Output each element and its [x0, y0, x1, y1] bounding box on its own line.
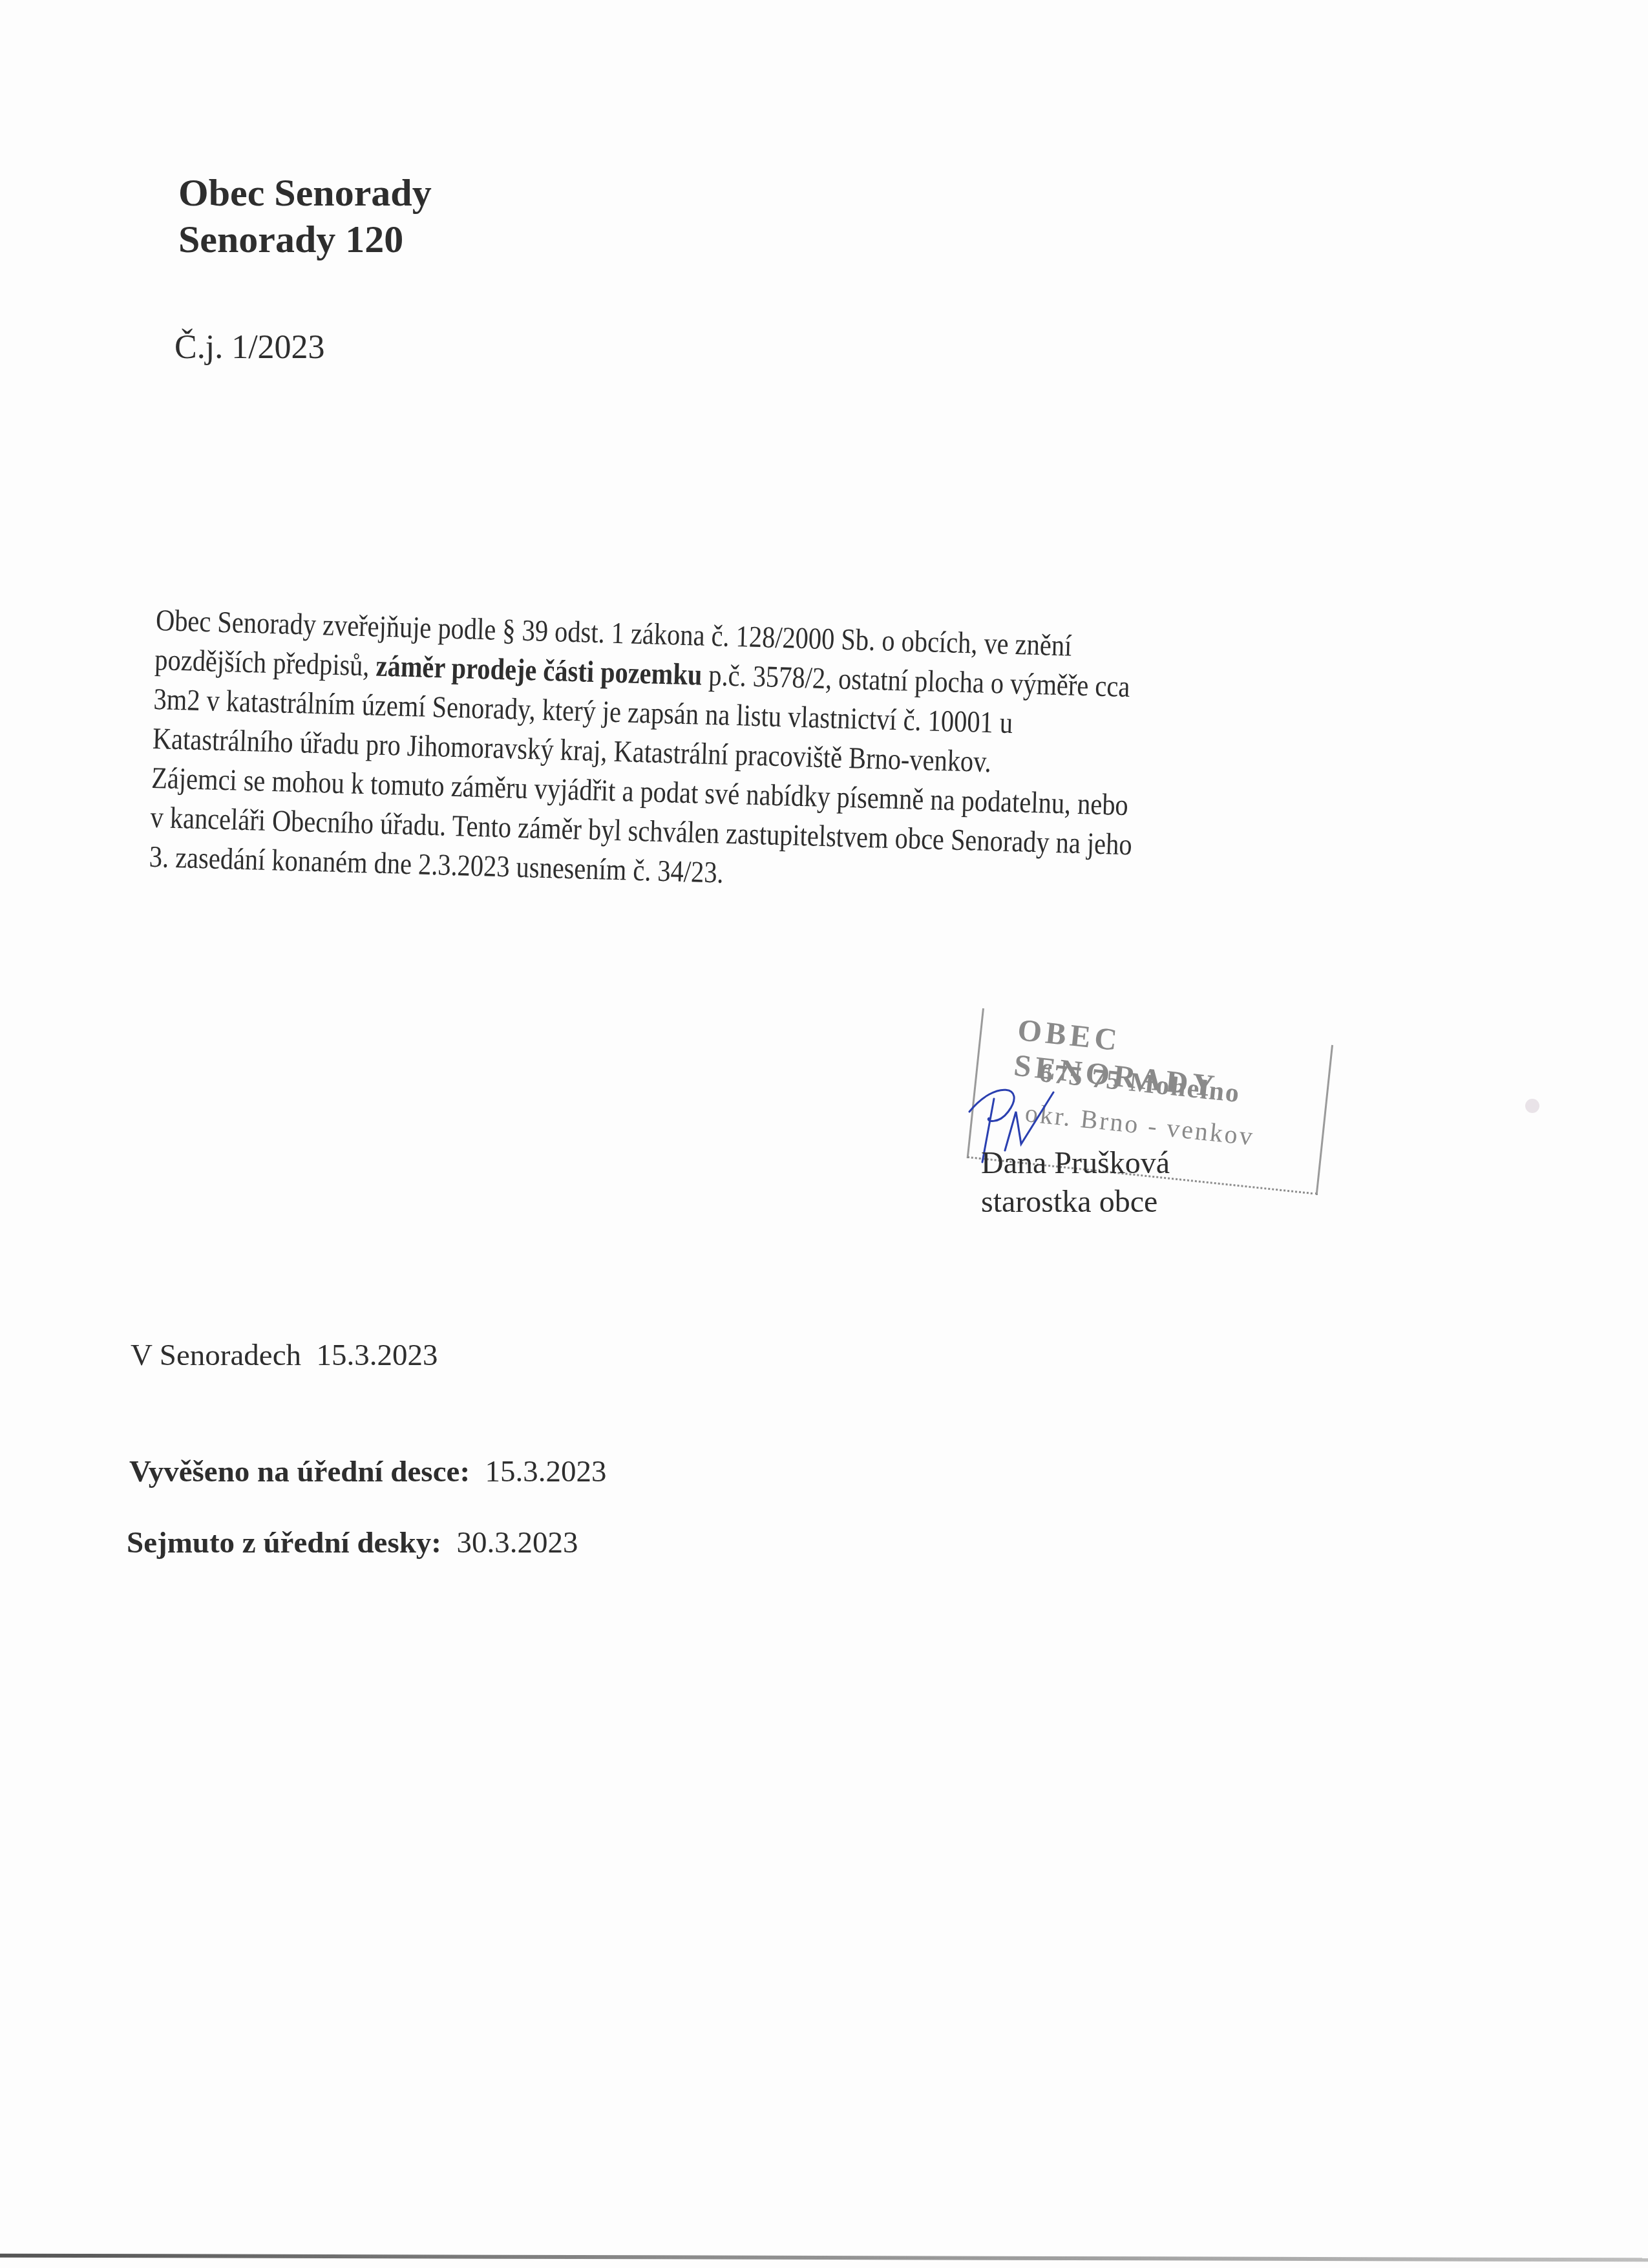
posted-on-board: Vyvěšeno na úřední desce: 15.3.2023 [129, 1454, 607, 1489]
signatory-name: Dana Prušková [981, 1144, 1170, 1183]
signatory-title: starostka obce [981, 1183, 1170, 1222]
place-and-date: V Senoradech 15.3.2023 [131, 1338, 438, 1373]
organization-name: Obec Senorady [178, 169, 432, 216]
scan-bottom-edge [0, 2254, 1648, 2262]
place: V Senoradech [131, 1339, 301, 1372]
removed-label: Sejmuto z úřední desky: [127, 1526, 441, 1560]
emphasized-text: záměr prodeje části pozemku [375, 650, 703, 692]
reference-number: Č.j. 1/2023 [174, 328, 325, 366]
organization-address: Senorady 120 [178, 216, 403, 262]
scan-speck [1525, 1099, 1539, 1113]
removed-date: 30.3.2023 [456, 1526, 578, 1560]
scanned-page: Obec Senorady Senorady 120 Č.j. 1/2023 O… [0, 0, 1648, 2268]
signatory: Dana Prušková starostka obce [981, 1144, 1170, 1222]
text-segment: pozdějších předpisů, [154, 643, 377, 683]
posted-date: 15.3.2023 [485, 1455, 607, 1489]
notice-paragraph: Obec Senorady zveřejňuje podle § 39 odst… [149, 601, 1262, 908]
removed-from-board: Sejmuto z úřední desky: 30.3.2023 [127, 1525, 578, 1560]
date: 15.3.2023 [317, 1339, 438, 1372]
posted-label: Vyvěšeno na úřední desce: [129, 1455, 470, 1489]
